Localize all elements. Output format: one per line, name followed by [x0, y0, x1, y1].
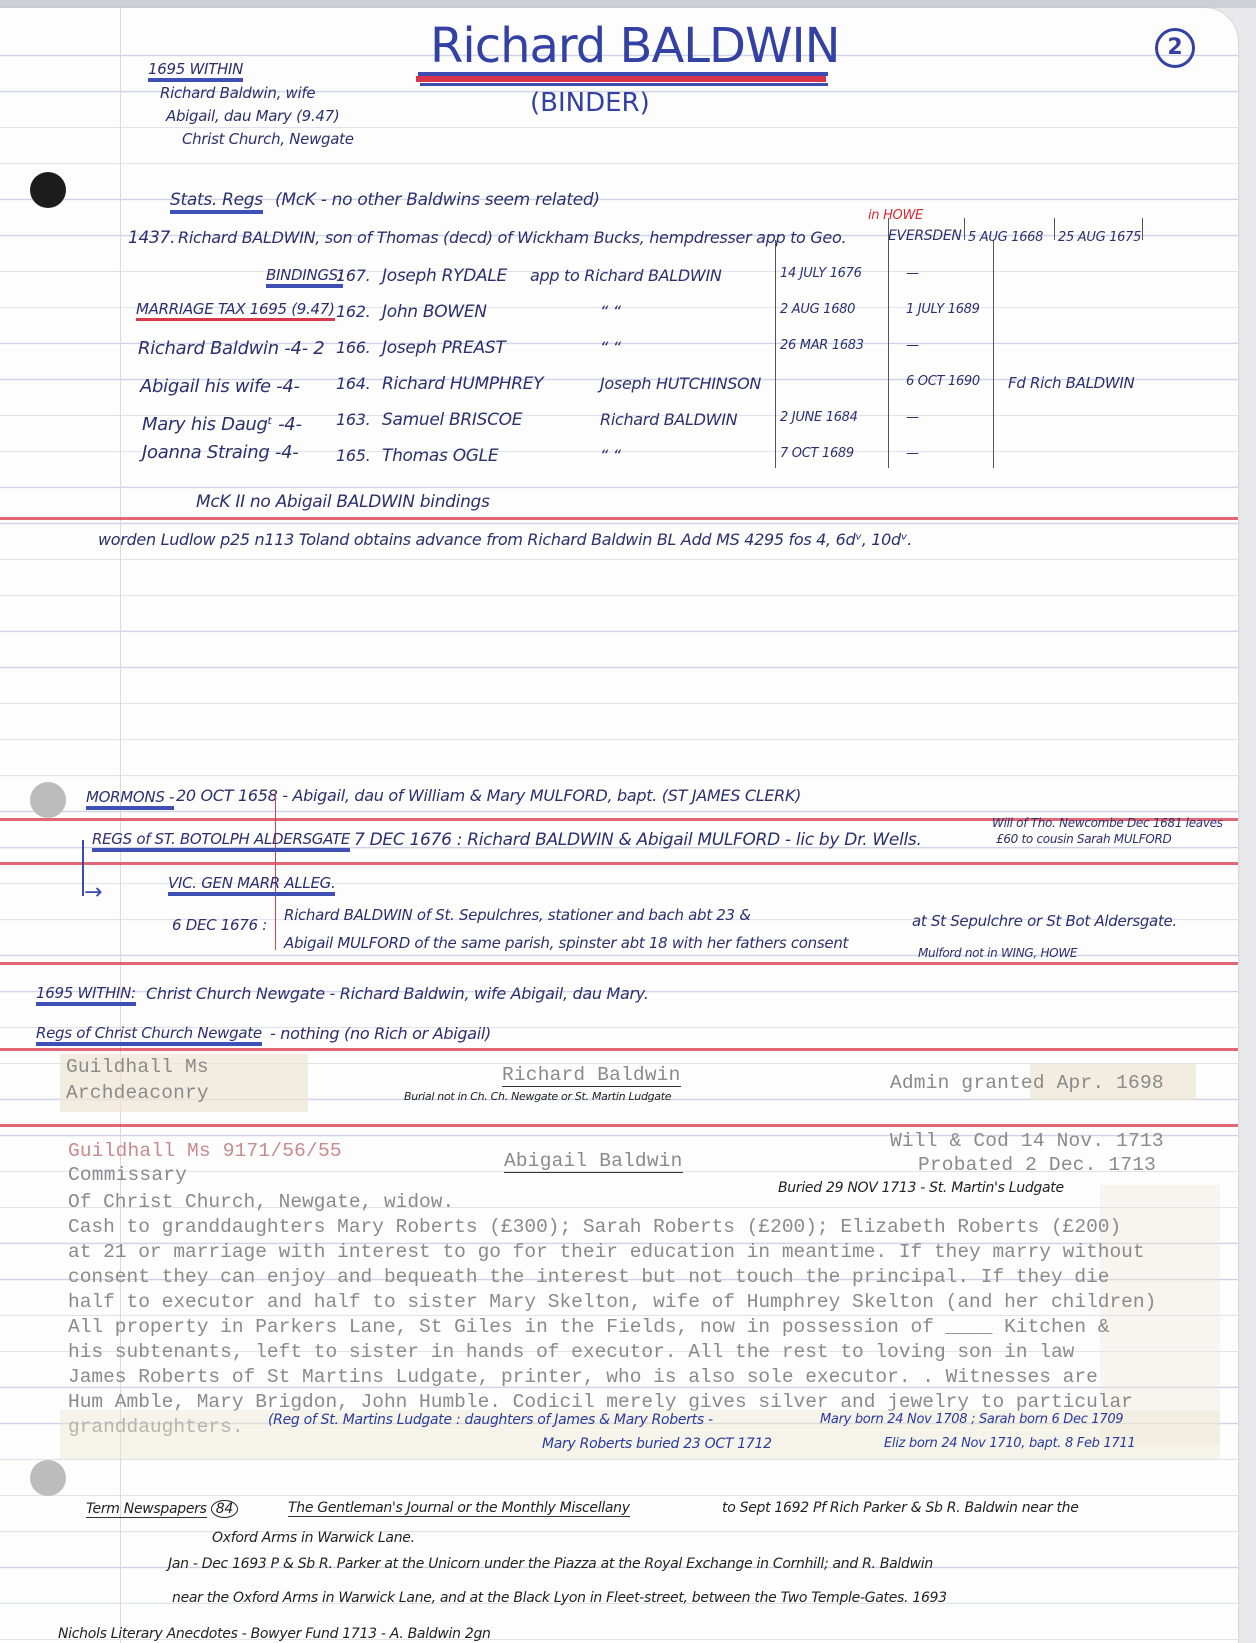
arrow-right-icon: →: [84, 880, 102, 905]
will-line: James Roberts of St Martins Ludgate, pri…: [68, 1365, 1228, 1390]
binding-number: 163.: [336, 410, 370, 429]
table-divider: [1142, 218, 1143, 240]
table-divider: [1054, 218, 1055, 240]
binding-note: Fd Rich BALDWIN: [1008, 374, 1134, 392]
punch-hole: [30, 172, 66, 208]
binding-freed: —: [906, 410, 919, 425]
punch-hole: [30, 782, 66, 818]
binding-date: 26 MAR 1683: [780, 338, 864, 353]
will-abstract: Of Christ Church, Newgate, widow. Cash t…: [68, 1190, 1228, 1440]
vic-gen-side-note: Mulford not in WING, HOWE: [918, 946, 1077, 960]
will-line: at 21 or marriage with interest to go fo…: [68, 1240, 1228, 1265]
marriage-tax-row: Joanna Straing -4-: [142, 442, 298, 463]
newspaper-line: near the Oxford Arms in Warwick Lane, an…: [172, 1590, 947, 1606]
binding-freed: —: [906, 446, 919, 461]
binding-apprentice: Richard HUMPHREY: [382, 374, 543, 394]
margin-marker: [275, 790, 276, 950]
entry-number: 1437.: [128, 228, 175, 248]
within-1695-label: 1695 WITHIN:: [36, 984, 136, 1006]
will-line: half to executor and half to sister Mary…: [68, 1290, 1228, 1315]
record2-date: Will & Cod 14 Nov. 1713: [890, 1130, 1164, 1152]
page-subtitle: (BINDER): [530, 88, 650, 118]
section-rule: [0, 962, 1238, 965]
record2-source: Commissary: [68, 1164, 187, 1186]
section-rule: [0, 1124, 1238, 1127]
section-rule: [0, 517, 1238, 520]
newspaper-line: Jan - Dec 1693 P & Sb R. Parker at the U…: [168, 1556, 933, 1572]
mormons-label: MORMONS -: [86, 788, 174, 810]
bindings-label: BINDINGS:: [266, 266, 343, 288]
nichols-note: Nichols Literary Anecdotes - Bowyer Fund…: [58, 1626, 491, 1642]
record1-grant: Admin granted Apr. 1698: [890, 1072, 1164, 1094]
binding-date: 2 AUG 1680: [780, 302, 855, 317]
master-note: in HOWE: [868, 208, 923, 223]
record1-name: Richard Baldwin: [502, 1064, 681, 1087]
record1-note: Burial not in Ch. Ch. Newgate or St. Mar…: [404, 1090, 671, 1103]
mormons-text: 20 OCT 1658 - Abigail, dau of William & …: [176, 786, 801, 805]
vic-gen-line: Richard BALDWIN of St. Sepulchres, stati…: [284, 906, 751, 924]
vic-gen-line: Abigail MULFORD of the same parish, spin…: [284, 934, 848, 952]
st-botolph-text: 7 DEC 1676 : Richard BALDWIN & Abigail M…: [354, 830, 922, 850]
st-martins-annotation: Mary Roberts buried 23 OCT 1712: [542, 1436, 772, 1452]
christ-church-label: Regs of Christ Church Newgate: [36, 1024, 262, 1046]
stats-regs-heading: Stats. Regs: [170, 190, 263, 214]
binding-number: 167.: [336, 266, 370, 285]
marriage-tax-row: Richard Baldwin -4- 2: [138, 338, 324, 359]
binding-freed: —: [906, 266, 919, 281]
record1-source: Archdeaconry: [66, 1082, 209, 1104]
entry-text: Richard BALDWIN, son of Thomas (decd) of…: [178, 228, 846, 247]
table-divider: [993, 240, 994, 468]
title-underline: [420, 83, 828, 86]
st-botolph-label: REGS of ST. BOTOLPH ALDERSGATE: [92, 830, 350, 852]
binding-master: “ “: [600, 446, 621, 465]
binding-freed: 6 OCT 1690: [906, 374, 980, 389]
section-rule: [0, 1048, 1238, 1051]
mck-note: McK II no Abigail BALDWIN bindings: [196, 492, 490, 512]
table-divider: [964, 218, 965, 240]
date-freed: 25 AUG 1675: [1058, 230, 1141, 245]
st-botolph-side-note: £60 to cousin Sarah MULFORD: [996, 832, 1171, 846]
binding-master: Joseph HUTCHINSON: [600, 374, 761, 393]
page-number: 2: [1155, 28, 1195, 68]
stats-regs-note: (McK - no other Baldwins seem related): [275, 190, 600, 210]
binding-date: 14 JULY 1676: [780, 266, 862, 281]
record2-source: Guildhall Ms 9171/56/55: [68, 1140, 342, 1162]
binding-apprentice: Joseph RYDALE: [382, 266, 507, 286]
newspapers-label: Term Newspapers 84: [86, 1500, 238, 1518]
binding-master: “ “: [600, 338, 621, 357]
table-divider: [888, 218, 889, 468]
binding-number: 165.: [336, 446, 370, 465]
binding-number: 164.: [336, 374, 370, 393]
note-line: Richard Baldwin, wife: [160, 84, 315, 102]
st-botolph-side-note: Will of Tho. Newcombe Dec 1681 leaves: [992, 816, 1223, 830]
note-line: Abigail, dau Mary (9.47): [166, 107, 339, 125]
will-line: All property in Parkers Lane, St Giles i…: [68, 1315, 1228, 1340]
christ-church-text: - nothing (no Rich or Abigail): [270, 1024, 491, 1043]
will-line: Of Christ Church, Newgate, widow.: [68, 1190, 1228, 1215]
record1-source: Guildhall Ms: [66, 1056, 209, 1078]
newspaper-line: to Sept 1692 Pf Rich Parker & Sb R. Bald…: [722, 1500, 1079, 1516]
binding-apprentice: John BOWEN: [382, 302, 487, 322]
binding-freed: —: [906, 338, 919, 353]
binding-master: Richard BALDWIN: [600, 410, 737, 429]
page-title: Richard BALDWIN: [430, 18, 840, 74]
date-bound: 5 AUG 1668: [968, 230, 1043, 245]
newspapers-label-text: Term Newspapers: [86, 1501, 207, 1518]
section-rule: [0, 862, 1238, 865]
st-martins-annotation: Mary born 24 Nov 1708 ; Sarah born 6 Dec…: [820, 1412, 1123, 1427]
newspaper-title: The Gentleman's Journal or the Monthly M…: [288, 1500, 630, 1517]
marriage-tax-heading: MARRIAGE TAX 1695 (9.47): [136, 300, 335, 321]
binding-date: 7 OCT 1689: [780, 446, 854, 461]
binding-master: “ “: [600, 302, 621, 321]
worden-note: worden Ludlow p25 n113 Toland obtains ad…: [98, 530, 912, 549]
binding-freed: 1 JULY 1689: [906, 302, 980, 317]
note-heading: 1695 WITHIN: [148, 60, 243, 82]
vic-gen-date: 6 DEC 1676 :: [172, 916, 267, 934]
marriage-tax-row: Abigail his wife -4-: [140, 376, 300, 397]
binding-apprentice: Joseph PREAST: [382, 338, 505, 358]
binder-edge: [0, 0, 1256, 8]
st-martins-annotation: (Reg of St. Martins Ludgate : daughters …: [268, 1412, 713, 1428]
binding-number: 162.: [336, 302, 370, 321]
record2-date: Probated 2 Dec. 1713: [918, 1154, 1156, 1176]
will-line: his subtenants, left to sister in hands …: [68, 1340, 1228, 1365]
title-underline: [416, 76, 826, 82]
newspaper-ref: 84: [211, 1500, 238, 1518]
newspaper-line: Oxford Arms in Warwick Lane.: [212, 1530, 415, 1546]
within-1695-text: Christ Church Newgate - Richard Baldwin,…: [146, 984, 649, 1003]
binding-date: 2 JUNE 1684: [780, 410, 858, 425]
vic-gen-side-note: at St Sepulchre or St Bot Aldersgate.: [912, 912, 1177, 930]
will-line: Cash to granddaughters Mary Roberts (£30…: [68, 1215, 1228, 1240]
binding-number: 166.: [336, 338, 370, 357]
will-line: consent they can enjoy and bequeath the …: [68, 1265, 1228, 1290]
table-divider: [775, 240, 776, 468]
binding-apprentice: Samuel BRISCOE: [382, 410, 522, 430]
binding-master: app to Richard BALDWIN: [530, 266, 722, 285]
vic-gen-label: VIC. GEN MARR ALLEG.: [168, 874, 335, 896]
st-martins-annotation: Eliz born 24 Nov 1710, bapt. 8 Feb 1711: [884, 1436, 1135, 1451]
master-name: EVERSDEN: [888, 228, 962, 244]
marriage-tax-row: Mary his Daugᵗ -4-: [142, 414, 302, 435]
punch-hole: [30, 1460, 66, 1496]
record2-name: Abigail Baldwin: [504, 1150, 683, 1173]
note-line: Christ Church, Newgate: [182, 130, 354, 148]
binding-apprentice: Thomas OGLE: [382, 446, 498, 466]
